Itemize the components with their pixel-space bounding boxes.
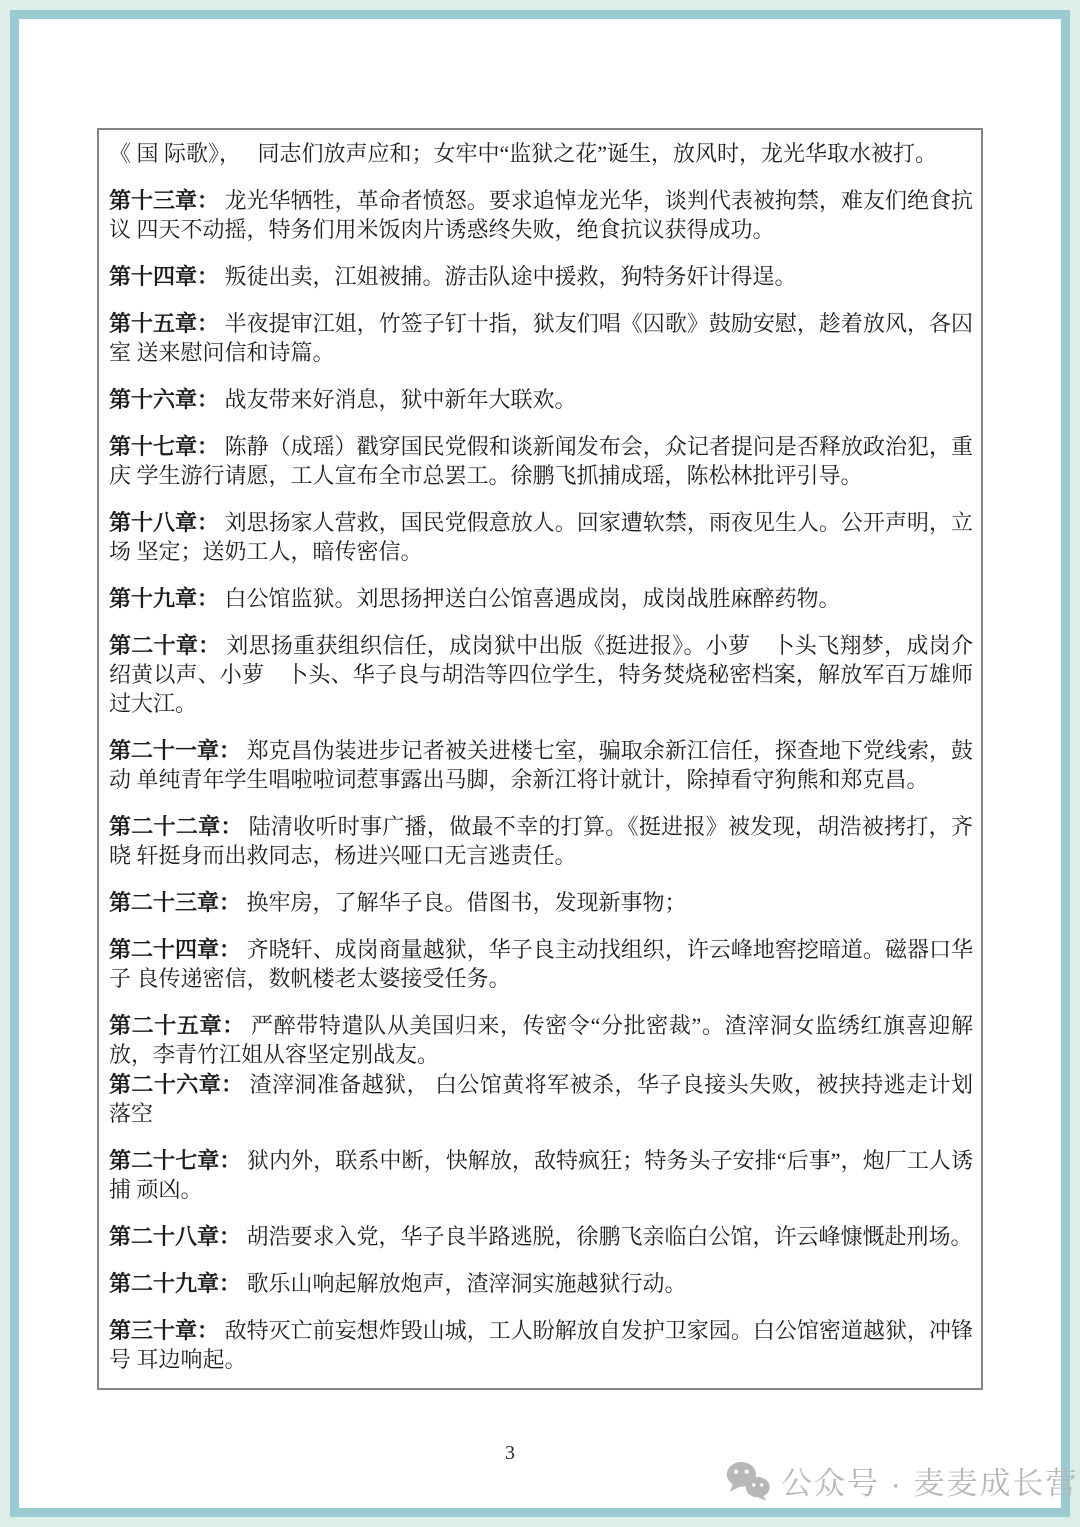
chapter-list: 《 国 际歌》， 同志们放声应和；女牢中“监狱之花”诞生，放风时，龙光华取水被打… xyxy=(109,139,973,1374)
chapter-paragraph: 第十五章： 半夜提审江姐，竹签子钉十指，狱友们唱《囚歌》鼓励安慰，趁着放风，各囚… xyxy=(109,309,973,367)
watermark-text: 公众号 · 麦麦成长营 xyxy=(781,1458,1079,1503)
chapter-text: 胡浩要求入党，华子良半路逃脱，徐鹏飞亲临白公馆，许云峰慷慨赴刑场。 xyxy=(247,1224,973,1249)
page-number: 3 xyxy=(488,1442,532,1465)
chapter-text: 战友带来好消息，狱中新年大联欢。 xyxy=(225,387,577,412)
chapter-label: 第二十五章： xyxy=(109,1013,245,1038)
chapter-text: 陈静（成瑶）戳穿国民党假和谈新闻发布会，众记者提问是否释放政治犯，重庆 学生游行… xyxy=(109,434,973,488)
chapter-text: 敌特灭亡前妄想炸毁山城，工人盼解放自发护卫家园。白公馆密道越狱，冲锋号 耳边响起… xyxy=(109,1318,973,1372)
screenshot-canvas: 《 国 际歌》， 同志们放声应和；女牢中“监狱之花”诞生，放风时，龙光华取水被打… xyxy=(0,0,1080,1527)
chapter-paragraph: 第十四章： 叛徒出卖，江姐被捕。游击队途中援救，狗特务奸计得逞。 xyxy=(109,262,973,291)
chapter-label: 第二十三章： xyxy=(109,890,241,915)
chapter-paragraph: 第二十二章： 陆清收听时事广播，做最不幸的打算。《挺进报》被发现，胡浩被拷打，齐… xyxy=(109,812,973,870)
chapter-label: 第十五章： xyxy=(109,311,219,336)
chapter-text: 龙光华牺牲，革命者愤怒。要求追悼龙光华，谈判代表被拘禁，难友们绝食抗议 四天不动… xyxy=(109,188,973,242)
chapter-label: 第二十四章： xyxy=(109,937,241,962)
chapter-label: 第二十二章： xyxy=(109,814,243,839)
chapter-text: 刘思扬家人营救，国民党假意放人。回家遭软禁，雨夜见生人。公开声明，立场 坚定；送… xyxy=(109,510,973,564)
chapter-paragraph: 第二十五章： 严醉带特遣队从美国归来，传密令“分批密裁”。渣滓洞女监绣红旗喜迎解… xyxy=(109,1011,973,1069)
chapter-paragraph: 第十九章： 白公馆监狱。刘思扬押送白公馆喜遇成岗，成岗战胜麻醉药物。 xyxy=(109,584,973,613)
chapter-paragraph: 第十八章： 刘思扬家人营救，国民党假意放人。回家遭软禁，雨夜见生人。公开声明，立… xyxy=(109,508,973,566)
chapter-label: 第二十七章： xyxy=(109,1148,241,1173)
chapter-summary-box: 《 国 际歌》， 同志们放声应和；女牢中“监狱之花”诞生，放风时，龙光华取水被打… xyxy=(97,128,983,1390)
chapter-label: 第十四章： xyxy=(109,264,219,289)
chapter-paragraph: 第二十八章： 胡浩要求入党，华子良半路逃脱，徐鹏飞亲临白公馆，许云峰慷慨赴刑场。 xyxy=(109,1222,973,1251)
chapter-label: 第十六章： xyxy=(109,387,219,412)
chapter-label: 第二十六章： xyxy=(109,1072,244,1097)
chapter-text: 《 国 际歌》， 同志们放声应和；女牢中“监狱之花”诞生，放风时，龙光华取水被打… xyxy=(109,141,937,166)
chapter-label: 第二十章： xyxy=(109,633,220,658)
chapter-paragraph: 第十三章： 龙光华牺牲，革命者愤怒。要求追悼龙光华，谈判代表被拘禁，难友们绝食抗… xyxy=(109,186,973,244)
chapter-paragraph: 第二十六章： 渣滓洞准备越狱， 白公馆黄将军被杀，华子良接头失败，被挟持逃走计划… xyxy=(109,1070,973,1128)
wechat-icon xyxy=(725,1460,771,1502)
watermark: 公众号 · 麦麦成长营 xyxy=(725,1458,1079,1503)
chapter-label: 第十八章： xyxy=(109,510,219,535)
chapter-text: 叛徒出卖，江姐被捕。游击队途中援救，狗特务奸计得逞。 xyxy=(225,264,797,289)
chapter-paragraph: 第二十九章： 歌乐山响起解放炮声，渣滓洞实施越狱行动。 xyxy=(109,1269,973,1298)
chapter-paragraph: 第二十三章： 换牢房，了解华子良。借图书，发现新事物； xyxy=(109,888,973,917)
chapter-text: 刘思扬重获组织信任，成岗狱中出版《挺进报》。小萝 卜头飞翔梦，成岗介绍黄以声、小… xyxy=(109,633,973,716)
chapter-text: 歌乐山响起解放炮声，渣滓洞实施越狱行动。 xyxy=(247,1271,687,1296)
chapter-paragraph: 第二十七章： 狱内外，联系中断，快解放，敌特疯狂；特务头子安排“后事”，炮厂工人… xyxy=(109,1146,973,1204)
chapter-text: 换牢房，了解华子良。借图书，发现新事物； xyxy=(247,890,687,915)
chapter-label: 第十九章： xyxy=(109,586,219,611)
chapter-label: 第二十九章： xyxy=(109,1271,241,1296)
chapter-label: 第十七章： xyxy=(109,434,219,459)
chapter-text: 白公馆监狱。刘思扬押送白公馆喜遇成岗，成岗战胜麻醉药物。 xyxy=(225,586,841,611)
chapter-label: 第三十章： xyxy=(109,1318,219,1343)
chapter-paragraph: 第三十章： 敌特灭亡前妄想炸毁山城，工人盼解放自发护卫家园。白公馆密道越狱，冲锋… xyxy=(109,1316,973,1374)
chapter-paragraph: 《 国 际歌》， 同志们放声应和；女牢中“监狱之花”诞生，放风时，龙光华取水被打… xyxy=(109,139,973,168)
chapter-label: 第十三章： xyxy=(109,188,219,213)
chapter-paragraph: 第二十四章： 齐晓轩、成岗商量越狱，华子良主动找组织，许云峰地窖挖暗道。磁器口华… xyxy=(109,935,973,993)
chapter-label: 第二十一章： xyxy=(109,738,241,763)
chapter-label: 第二十八章： xyxy=(109,1224,241,1249)
chapter-text: 半夜提审江姐，竹签子钉十指，狱友们唱《囚歌》鼓励安慰，趁着放风，各囚室 送来慰问… xyxy=(109,311,973,365)
chapter-paragraph: 第二十一章： 郑克昌伪装进步记者被关进楼七室，骗取余新江信任，探查地下党线索，鼓… xyxy=(109,736,973,794)
chapter-paragraph: 第十六章： 战友带来好消息，狱中新年大联欢。 xyxy=(109,385,973,414)
chapter-paragraph: 第十七章： 陈静（成瑶）戳穿国民党假和谈新闻发布会，众记者提问是否释放政治犯，重… xyxy=(109,432,973,490)
chapter-paragraph: 第二十章： 刘思扬重获组织信任，成岗狱中出版《挺进报》。小萝 卜头飞翔梦，成岗介… xyxy=(109,631,973,718)
